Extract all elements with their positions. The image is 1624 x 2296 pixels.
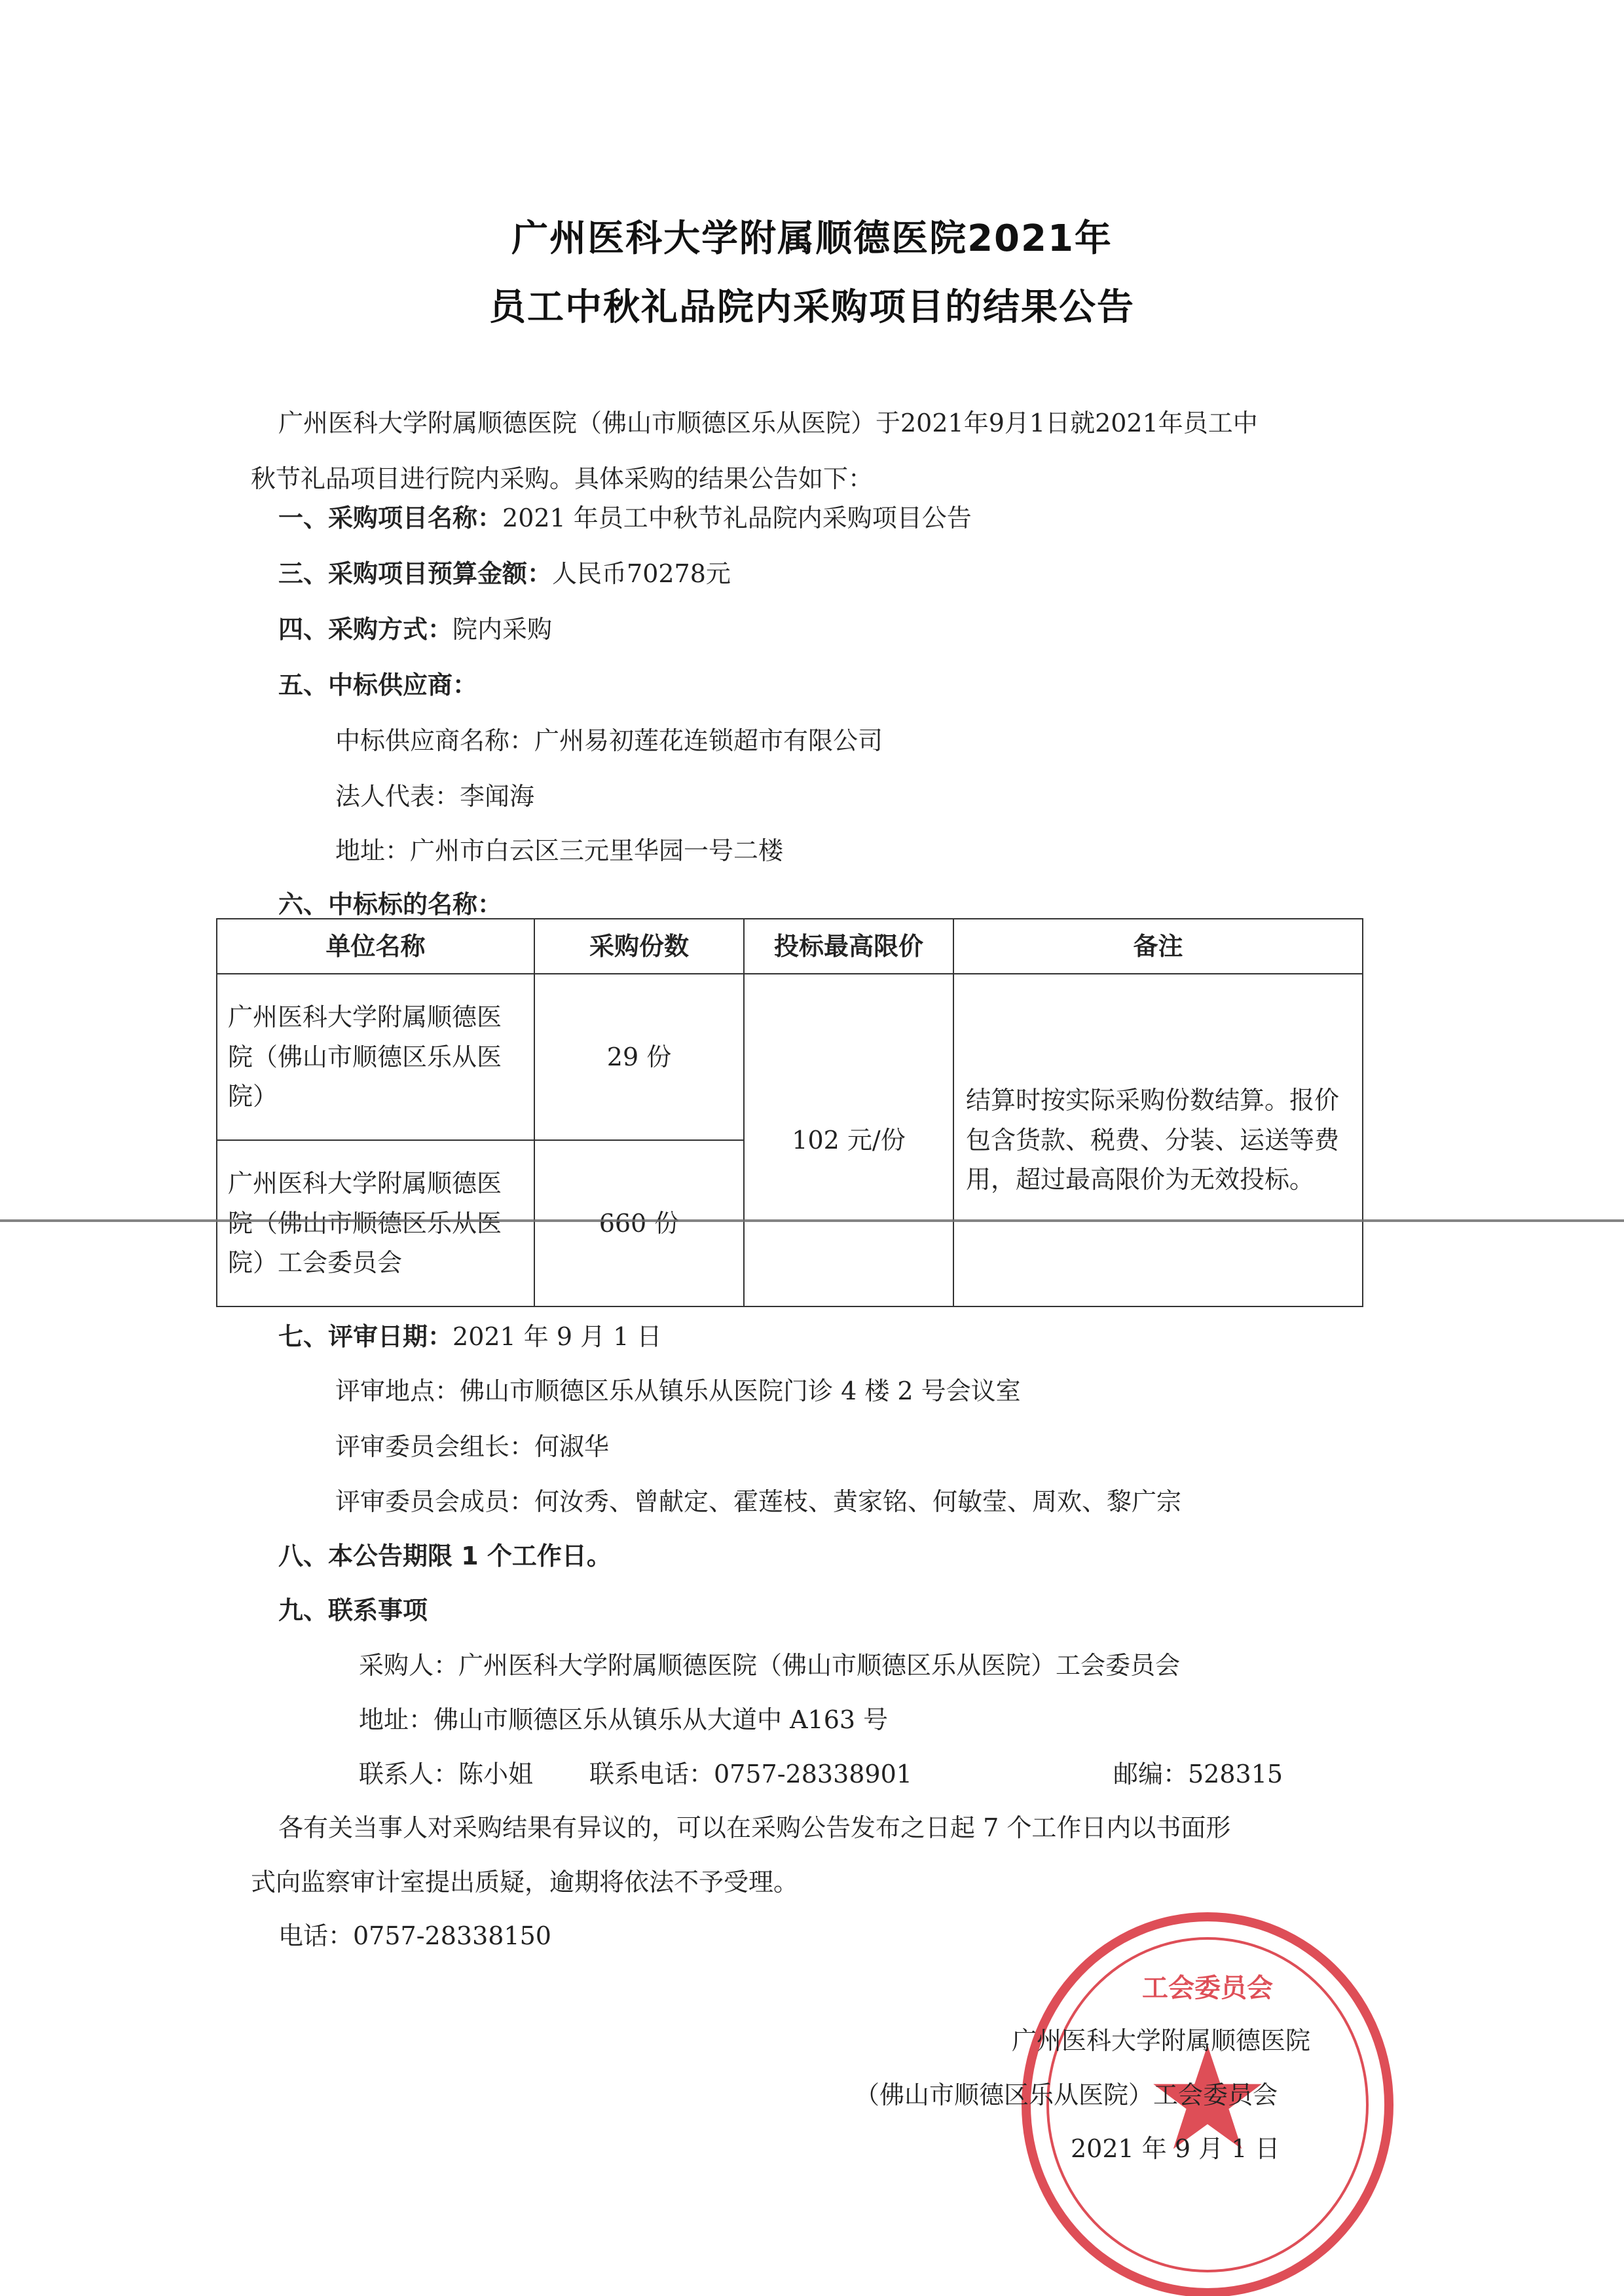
phone: 电话：0757-28338150 xyxy=(278,1916,551,1952)
review-members: 评审委员会成员：何汝秀、曾献定、霍莲枝、黄家铭、何敏莹、周欢、黎广宗 xyxy=(335,1481,1181,1517)
table-header-row: 单位名称 采购份数 投标最高限价 备注 xyxy=(217,919,1363,974)
section-4-value: 院内采购 xyxy=(452,615,552,644)
section-1: 一、采购项目名称：2021 年员工中秋节礼品院内采购项目公告 xyxy=(278,498,972,534)
section-4: 四、采购方式：院内采购 xyxy=(278,609,552,645)
intro-paragraph-line-2: 秋节礼品项目进行院内采购。具体采购的结果公告如下： xyxy=(251,458,873,494)
page-title-line-2: 员工中秋礼品院内采购项目的结果公告 xyxy=(0,278,1624,331)
objection-line-2: 式向监察审计室提出质疑，逾期将依法不予受理。 xyxy=(251,1862,798,1898)
page-title-line-1: 广州医科大学附属顺德医院2021年 xyxy=(0,210,1624,262)
remark-cell: 结算时按实际采购份数结算。报价包含货款、税费、分装、运送等费用，超过最高限价为无… xyxy=(953,974,1363,1306)
section-3-label: 三、采购项目预算金额： xyxy=(278,559,552,588)
header-remark: 备注 xyxy=(953,919,1363,974)
section-3-value: 人民币70278元 xyxy=(552,559,731,588)
bid-result-table: 单位名称 采购份数 投标最高限价 备注 广州医科大学附属顺德医院（佛山市顺德区乐… xyxy=(216,918,1363,1307)
quantity-cell: 660 份 xyxy=(534,1140,744,1306)
contact-phone: 联系电话：0757-28338901 xyxy=(589,1754,912,1790)
section-1-value: 2021 年员工中秋节礼品院内采购项目公告 xyxy=(502,504,972,532)
section-5-label: 五、中标供应商： xyxy=(278,665,477,701)
review-location: 评审地点：佛山市顺德区乐从镇乐从医院门诊 4 楼 2 号会议室 xyxy=(335,1371,1021,1407)
section-3: 三、采购项目预算金额：人民币70278元 xyxy=(278,553,731,589)
unit-name-cell: 广州医科大学附属顺德医院（佛山市顺德区乐从医院）工会委员会 xyxy=(217,1140,534,1306)
unit-name-cell: 广州医科大学附属顺德医院（佛山市顺德区乐从医院） xyxy=(217,974,534,1140)
supplier-name: 中标供应商名称：广州易初莲花连锁超市有限公司 xyxy=(335,720,883,756)
purchaser: 采购人：广州医科大学附属顺德医院（佛山市顺德区乐从医院）工会委员会 xyxy=(359,1645,1180,1681)
signature-org-line-2: （佛山市顺德区乐从医院）工会委员会 xyxy=(855,2075,1278,2111)
signature-org-line-1: 广州医科大学附属顺德医院 xyxy=(1012,2020,1310,2056)
max-price-cell: 102 元/份 xyxy=(744,974,953,1306)
signature-date: 2021 年 9 月 1 日 xyxy=(1071,2128,1280,2164)
header-unit-name: 单位名称 xyxy=(217,919,534,974)
contact-person: 联系人：陈小姐 xyxy=(359,1754,533,1790)
purchaser-address: 地址：佛山市顺德区乐从镇乐从大道中 A163 号 xyxy=(359,1699,888,1735)
quantity-cell: 29 份 xyxy=(534,974,744,1140)
section-7: 七、评审日期：2021 年 9 月 1 日 xyxy=(278,1316,661,1352)
postcode: 邮编：528315 xyxy=(1113,1754,1283,1790)
header-max-price: 投标最高限价 xyxy=(744,919,953,974)
table-row: 广州医科大学附属顺德医院（佛山市顺德区乐从医院） 29 份 102 元/份 结算… xyxy=(217,974,1363,1140)
scan-artifact-line xyxy=(0,1219,1624,1222)
objection-line-1: 各有关当事人对采购结果有异议的，可以在采购公告发布之日起 7 个工作日内以书面形 xyxy=(278,1807,1230,1843)
section-7-label: 七、评审日期： xyxy=(278,1322,452,1351)
seal-text: 工会委员会 xyxy=(1031,1967,1384,2005)
section-8-label: 八、本公告期限 1 个工作日。 xyxy=(278,1536,612,1572)
section-6-label: 六、中标标的名称： xyxy=(278,884,502,920)
supplier-address: 地址：广州市白云区三元里华园一号二楼 xyxy=(335,830,783,866)
review-leader: 评审委员会组长：何淑华 xyxy=(335,1426,609,1462)
section-9-label: 九、联系事项 xyxy=(278,1590,428,1626)
legal-representative: 法人代表：李闻海 xyxy=(335,776,534,812)
header-quantity: 采购份数 xyxy=(534,919,744,974)
intro-paragraph-line-1: 广州医科大学附属顺德医院（佛山市顺德区乐从医院）于2021年9月1日就2021年… xyxy=(278,403,1258,439)
section-4-label: 四、采购方式： xyxy=(278,615,452,644)
section-7-value: 2021 年 9 月 1 日 xyxy=(452,1322,661,1351)
section-1-label: 一、采购项目名称： xyxy=(278,504,502,532)
